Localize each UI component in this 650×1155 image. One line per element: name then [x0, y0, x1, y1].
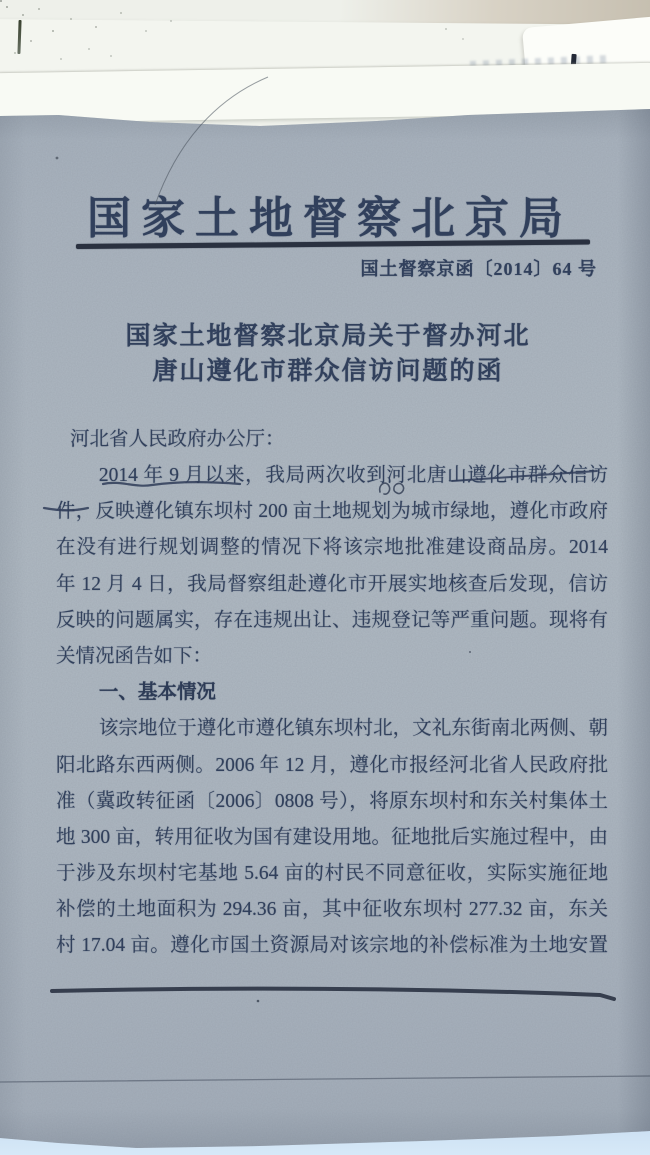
- document-page: 国家土地督察北京局 国土督察京函〔2014〕64 号 国家土地督察北京局关于督办…: [0, 0, 650, 1155]
- body-line: 阳北路东西两侧。2006 年 12 月，遵化市报经河北省人民政府批: [56, 748, 608, 784]
- document-title-line: 国家土地督察北京局关于督办河北: [0, 316, 650, 352]
- body-line: 关情况函告如下：: [56, 639, 608, 675]
- photo-of-document: 国家土地督察北京局 国土督察京函〔2014〕64 号 国家土地督察北京局关于督办…: [0, 0, 650, 1155]
- body-line: 准（冀政转征函〔2006〕0808 号），将原东坝村和东关村集体土: [56, 784, 608, 820]
- body-line: 地 300 亩，转用征收为国有建设用地。征地批后实施过程中，由: [56, 820, 608, 856]
- body-line: 该宗地位于遵化市遵化镇东坝村北，文礼东街南北两侧、朝: [56, 711, 608, 747]
- document-title-line: 唐山遵化市群众信访问题的函: [0, 351, 650, 387]
- body-line: 2014 年 9 月以来，我局两次收到河北唐山遵化市群众信访: [56, 458, 608, 494]
- body-line: 在没有进行规划调整的情况下将该宗地批准建设商品房。2014: [56, 530, 608, 566]
- document-number: 国土督察京函〔2014〕64 号: [361, 255, 598, 281]
- body-line: 反映的问题属实，存在违规出让、违规登记等严重问题。现将有: [56, 603, 608, 639]
- section-heading: 一、基本情况: [56, 675, 608, 711]
- salutation: 河北省人民政府办公厅：: [70, 423, 285, 451]
- dust-speckles: [0, 0, 2, 2]
- body-line: 于涉及东坝村宅基地 5.64 亩的村民不同意征收，实际实施征地: [56, 856, 608, 892]
- body-text: 2014 年 9 月以来，我局两次收到河北唐山遵化市群众信访 件，反映遵化镇东坝…: [56, 458, 608, 965]
- body-line: 件，反映遵化镇东坝村 200 亩土地规划为城市绿地，遵化市政府: [56, 494, 608, 530]
- body-line: 补偿的土地面积为 294.36 亩，其中征收东坝村 277.32 亩，东关: [56, 892, 608, 928]
- body-line: 村 17.04 亩。遵化市国土资源局对该宗地的补偿标准为土地安置: [56, 928, 608, 964]
- agency-header: 国家土地督察北京局: [0, 182, 650, 246]
- body-line: 年 12 月 4 日，我局督察组赴遵化市开展实地核查后发现，信访: [56, 567, 608, 603]
